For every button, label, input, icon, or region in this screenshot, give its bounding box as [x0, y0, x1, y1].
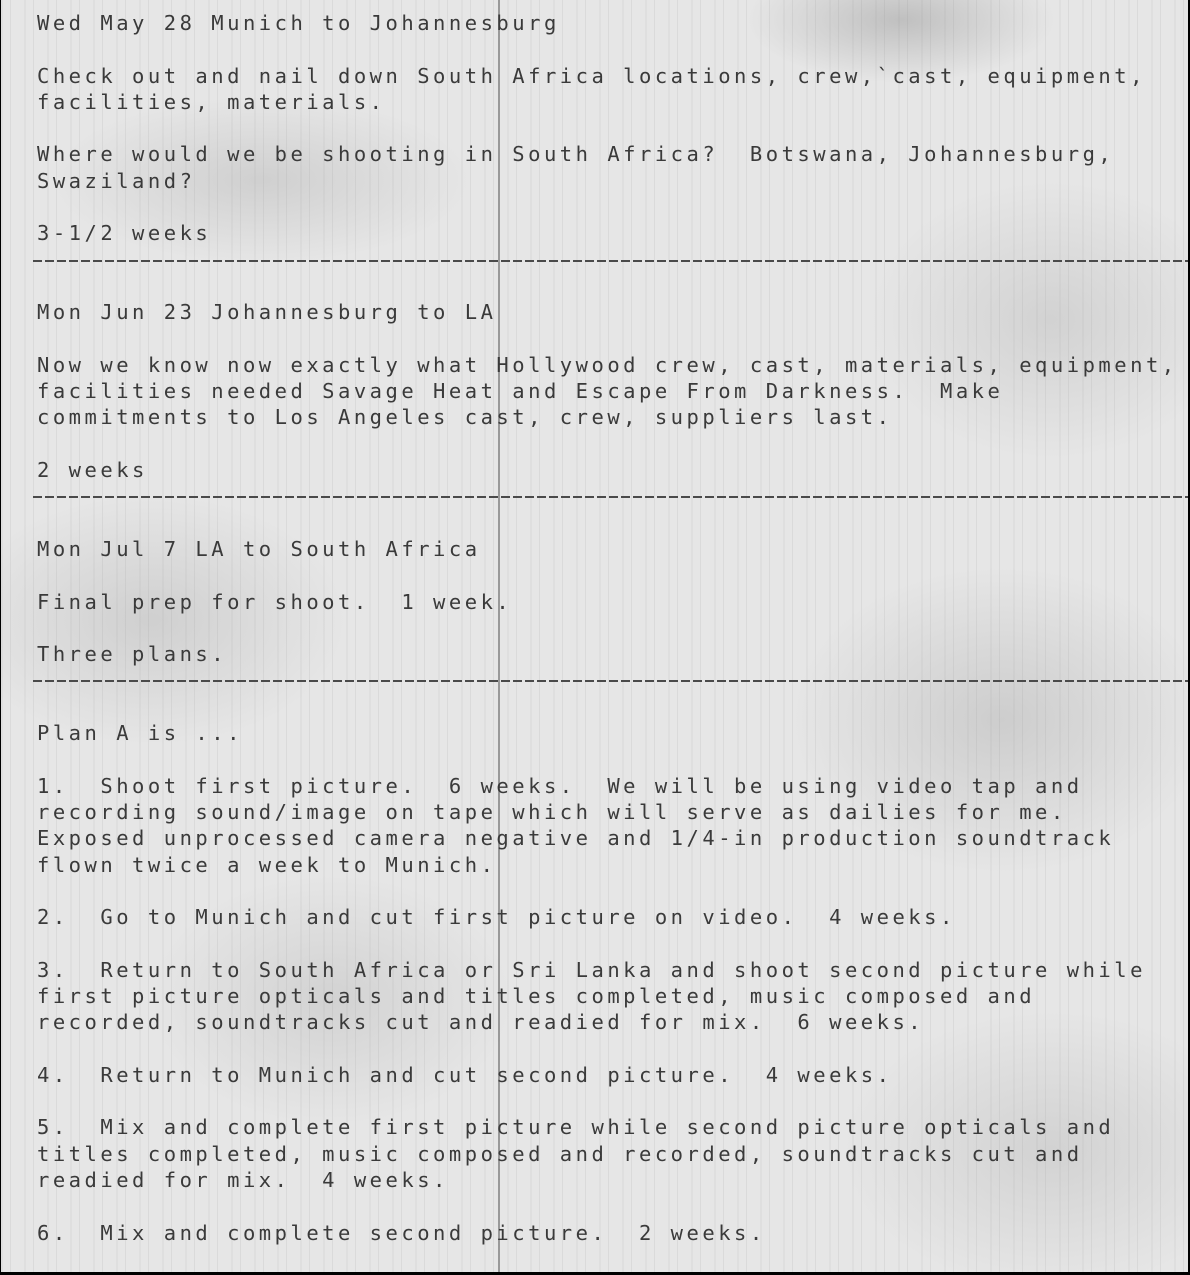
paragraph-line: Where would we be shooting in South Afri… — [37, 141, 1188, 167]
blank-line — [37, 694, 1188, 720]
paragraph-line: Three plans. — [37, 641, 1188, 667]
dashed-separator — [33, 667, 1188, 693]
paragraph-line: facilities needed Savage Heat and Escape… — [37, 378, 1188, 404]
document-body: Wed May 28 Munich to JohannesburgCheck o… — [37, 10, 1188, 1246]
paragraph-line: Exposed unprocessed camera negative and … — [37, 825, 1188, 851]
paragraph-line: commitments to Los Angeles cast, crew, s… — [37, 404, 1188, 430]
blank-line — [37, 1088, 1188, 1114]
paragraph-line: recording sound/image on tape which will… — [37, 799, 1188, 825]
paragraph-line: 2 weeks — [37, 457, 1188, 483]
blank-line — [37, 1193, 1188, 1219]
blank-line — [37, 615, 1188, 641]
section-heading: Mon Jun 23 Johannesburg to LA — [37, 299, 1188, 325]
blank-line — [37, 326, 1188, 352]
paragraph-line: titles completed, music composed and rec… — [37, 1141, 1188, 1167]
paragraph-line: Swaziland? — [37, 168, 1188, 194]
dashed-separator — [33, 247, 1188, 273]
paragraph-line: readied for mix. 4 weeks. — [37, 1167, 1188, 1193]
paragraph-line: 6. Mix and complete second picture. 2 we… — [37, 1220, 1188, 1246]
paragraph-line: facilities, materials. — [37, 89, 1188, 115]
paragraph-line: 2. Go to Munich and cut first picture on… — [37, 904, 1188, 930]
blank-line — [37, 36, 1188, 62]
blank-line — [37, 1036, 1188, 1062]
paragraph-line: 5. Mix and complete first picture while … — [37, 1114, 1188, 1140]
blank-line — [37, 273, 1188, 299]
blank-line — [37, 115, 1188, 141]
blank-line — [37, 194, 1188, 220]
dashed-separator — [33, 483, 1188, 509]
blank-line — [37, 878, 1188, 904]
paragraph-line: Now we know now exactly what Hollywood c… — [37, 352, 1188, 378]
paragraph-line: first picture opticals and titles comple… — [37, 983, 1188, 1009]
blank-line — [37, 431, 1188, 457]
paragraph-line: flown twice a week to Munich. — [37, 852, 1188, 878]
paragraph-line: recorded, soundtracks cut and readied fo… — [37, 1009, 1188, 1035]
paragraph-line: Final prep for shoot. 1 week. — [37, 589, 1188, 615]
paragraph-line: 4. Return to Munich and cut second pictu… — [37, 1062, 1188, 1088]
paragraph-line: 3. Return to South Africa or Sri Lanka a… — [37, 957, 1188, 983]
blank-line — [37, 562, 1188, 588]
scanned-page: Wed May 28 Munich to JohannesburgCheck o… — [1, 0, 1188, 1272]
paragraph-line: Check out and nail down South Africa loc… — [37, 63, 1188, 89]
section-heading: Mon Jul 7 LA to South Africa — [37, 536, 1188, 562]
paragraph-line: 1. Shoot first picture. 6 weeks. We will… — [37, 773, 1188, 799]
blank-line — [37, 930, 1188, 956]
paragraph-line: 3-1/2 weeks — [37, 220, 1188, 246]
blank-line — [37, 746, 1188, 772]
blank-line — [37, 510, 1188, 536]
section-heading: Plan A is ... — [37, 720, 1188, 746]
section-heading: Wed May 28 Munich to Johannesburg — [37, 10, 1188, 36]
